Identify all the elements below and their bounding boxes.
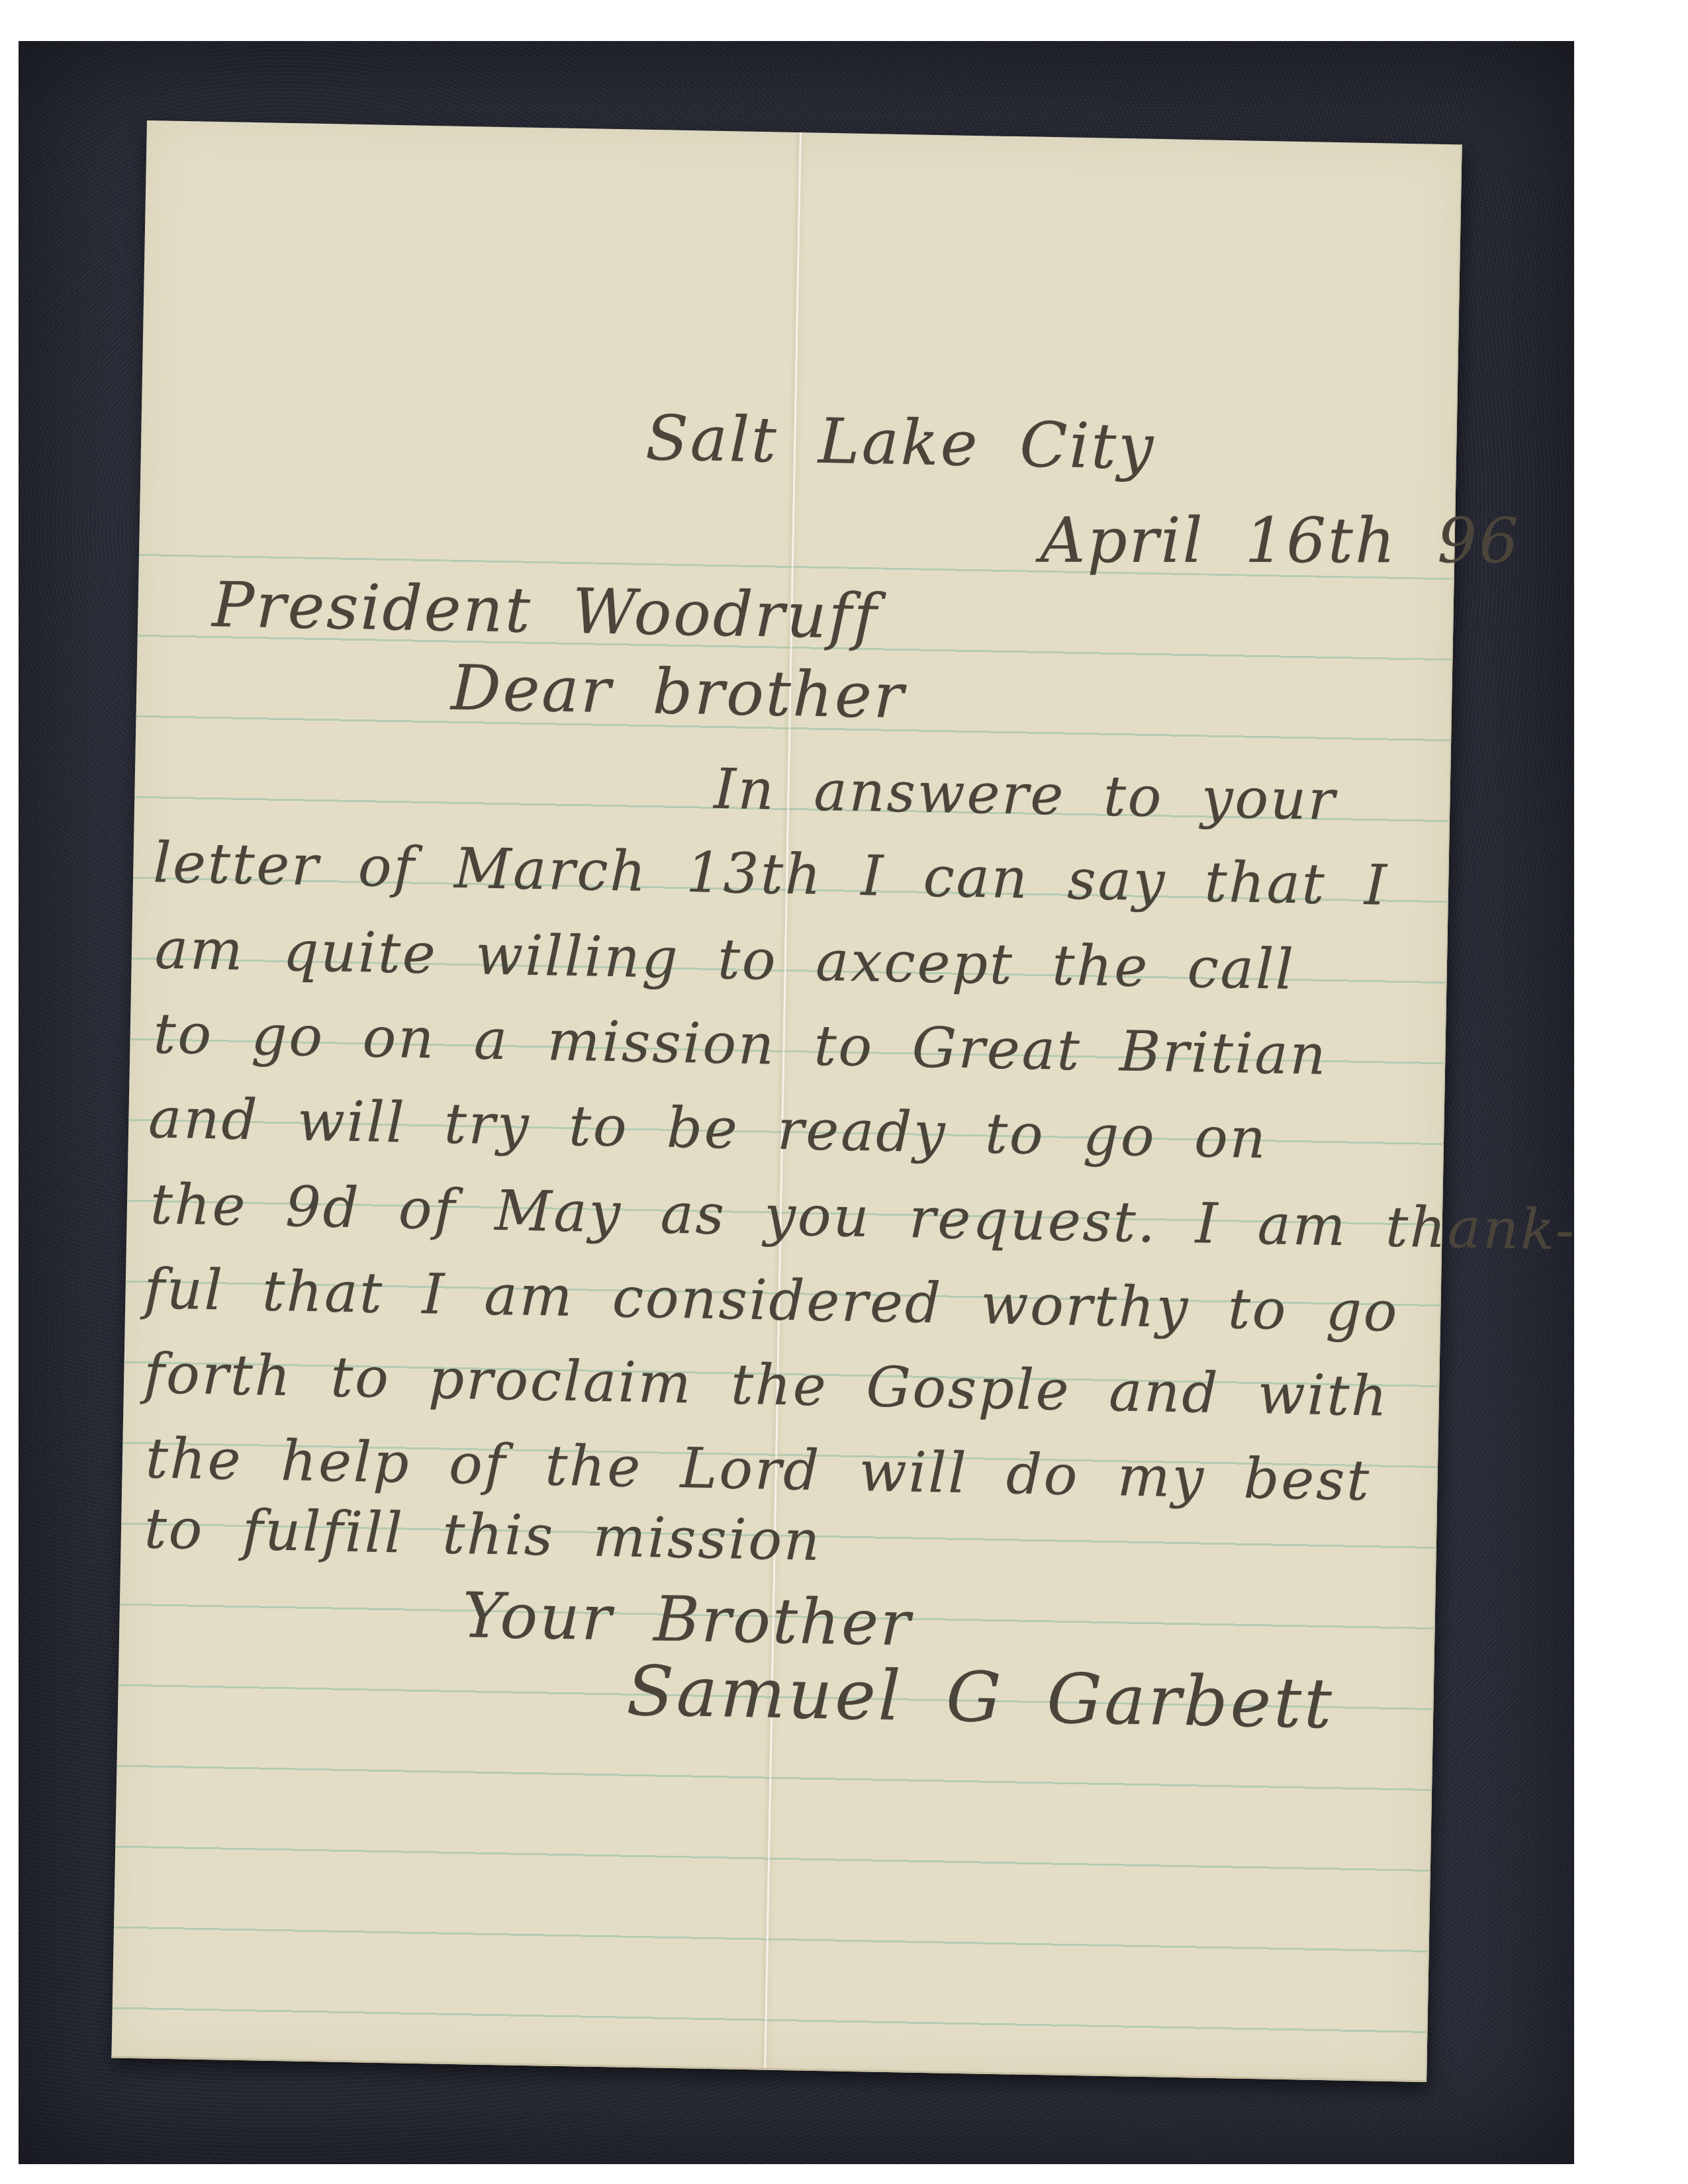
date-line: April 16th 96 bbox=[1040, 505, 1521, 578]
recipient-line: President Woodruff bbox=[212, 569, 880, 653]
letter-paper: Salt Lake City April 16th 96 President W… bbox=[111, 120, 1462, 2082]
signature-line: Samuel G Garbett bbox=[626, 1651, 1335, 1745]
scanned-letter-photograph: { "letter": { "heading": { "place": "Sal… bbox=[0, 0, 1688, 2184]
closing-line: Your Brother bbox=[462, 1580, 913, 1660]
greeting-line: Dear brother bbox=[450, 653, 906, 733]
body-line-10: to fulfill this mission bbox=[144, 1496, 822, 1573]
body-line-1: In answere to your bbox=[714, 756, 1337, 833]
place-line: Salt Lake City bbox=[645, 402, 1156, 484]
